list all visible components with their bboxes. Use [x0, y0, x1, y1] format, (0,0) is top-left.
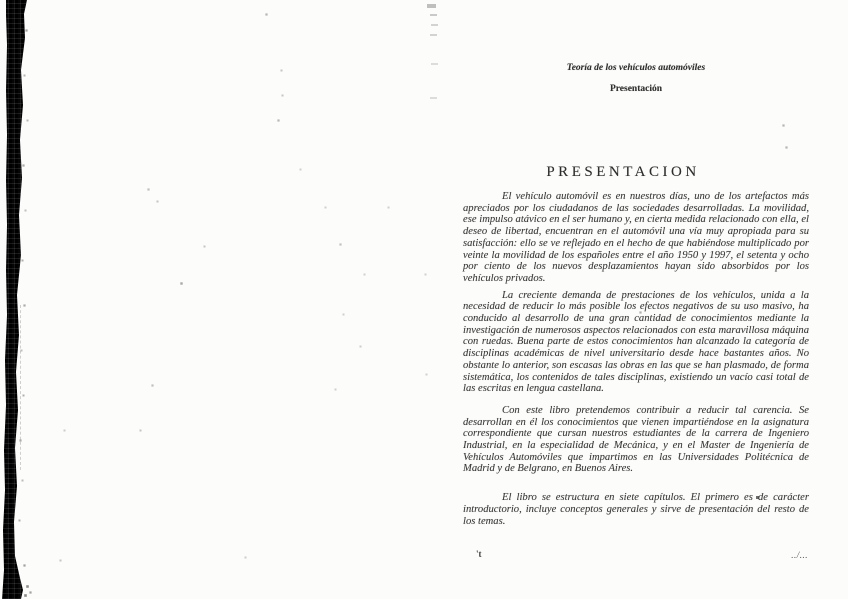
paragraph-1: El vehículo automóvil es en nuestros día… — [463, 191, 809, 285]
right-page: Teoría de los vehículos automóviles Pres… — [0, 0, 848, 599]
scanned-book-spread: Teoría de los vehículos automóviles Pres… — [0, 0, 848, 599]
paragraph-3: Con este libro pretendemos contribuir a … — [463, 405, 809, 475]
page-title: PRESENTACION — [450, 164, 796, 181]
paragraph-2: La creciente demanda de prestaciones de … — [463, 290, 809, 395]
paragraph-4: El libro se estructura en siete capítulo… — [463, 492, 809, 527]
running-header-chapter: Presentación — [463, 84, 809, 94]
continuation-mark: ../... — [760, 550, 808, 560]
body-text-block: El vehículo automóvil es en nuestros día… — [463, 191, 809, 527]
stray-ink-mark: 't — [476, 549, 482, 559]
running-header-book-title: Teoría de los vehículos automóviles — [463, 63, 809, 73]
